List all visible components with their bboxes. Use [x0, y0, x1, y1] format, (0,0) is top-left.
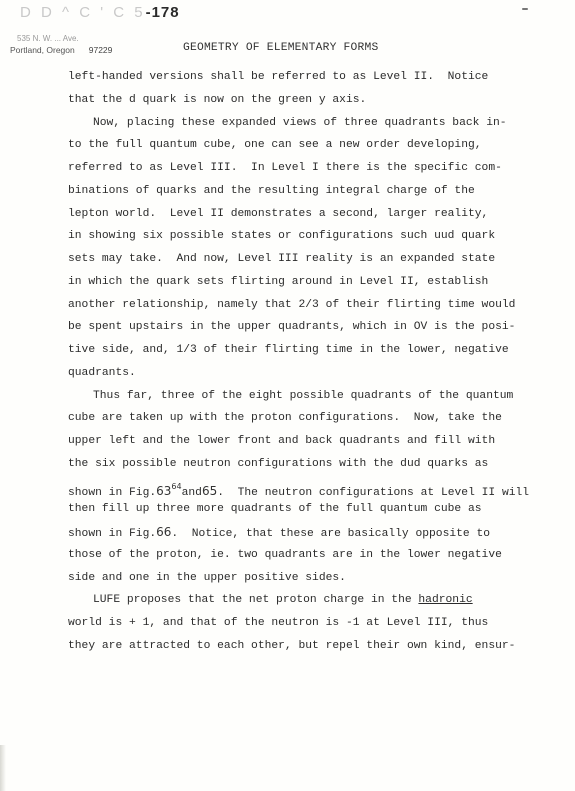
stamp-address-city: Portland, Oregon97229: [10, 45, 112, 55]
fig-ref-66: 66: [156, 525, 171, 539]
body-text: left-handed versions shall be referred t…: [68, 66, 548, 658]
stamp-code-faded: D D ^ C ' C 5: [20, 4, 146, 21]
text-line: in showing six possible states or config…: [68, 225, 548, 248]
text-line: sets may take. And now, Level III realit…: [68, 248, 548, 271]
text-line-lufe: LUFE proposes that the net proton charge…: [68, 589, 548, 612]
line-segment: . Notice, that these are basically oppos…: [171, 528, 490, 540]
fig-ref-64: 64: [171, 482, 181, 491]
handwritten-fig-ref: 6364: [156, 484, 181, 498]
text-line-fig-63-65: shown in Fig.6364and65. The neutron conf…: [68, 476, 548, 499]
stamp-code-number: -178: [146, 4, 180, 21]
stamp-zip: 97229: [89, 45, 113, 55]
paragraph-block-2: then fill up three more quadrants of the…: [68, 498, 548, 521]
paragraph-block-1: left-handed versions shall be referred t…: [68, 66, 548, 476]
text-line: tive side, and, 1/3 of their flirting ti…: [68, 339, 548, 362]
underlined-term: hadronic: [418, 594, 472, 606]
stamp-code: D D ^ C ' C 5-178: [20, 4, 180, 21]
text-line: Thus far, three of the eight possible qu…: [68, 385, 548, 408]
stamp-city: Portland, Oregon: [10, 45, 75, 55]
line-segment: and: [182, 487, 202, 499]
text-line: those of the proton, ie. two quadrants a…: [68, 544, 548, 567]
fig-ref-63: 63: [156, 484, 171, 498]
text-line: another relationship, namely that 2/3 of…: [68, 294, 548, 317]
pen-mark: [522, 8, 528, 10]
paragraph-block-4: world is + 1, and that of the neutron is…: [68, 612, 548, 658]
fig-ref-65: 65: [202, 484, 217, 498]
text-line: Now, placing these expanded views of thr…: [68, 112, 548, 135]
line-segment: shown in Fig.: [68, 487, 156, 499]
line-segment: . The neutron configurations at Level II…: [217, 487, 529, 499]
text-line: upper left and the lower front and back …: [68, 430, 548, 453]
line-segment: shown in Fig.: [68, 528, 156, 540]
text-line-fig-66: shown in Fig.66. Notice, that these are …: [68, 521, 548, 544]
text-line: quadrants.: [68, 362, 548, 385]
text-line: in which the quark sets flirting around …: [68, 271, 548, 294]
text-line: world is + 1, and that of the neutron is…: [68, 612, 548, 635]
text-line: lepton world. Level II demonstrates a se…: [68, 203, 548, 226]
text-line: referred to as Level III. In Level I the…: [68, 157, 548, 180]
text-line: then fill up three more quadrants of the…: [68, 498, 548, 521]
line-segment: LUFE proposes that the net proton charge…: [93, 594, 418, 606]
text-line: be spent upstairs in the upper quadrants…: [68, 316, 548, 339]
text-line: binations of quarks and the resulting in…: [68, 180, 548, 203]
paragraph-block-3: those of the proton, ie. two quadrants a…: [68, 544, 548, 590]
text-line: side and one in the upper positive sides…: [68, 567, 548, 590]
text-line: the six possible neutron configurations …: [68, 453, 548, 476]
document-page: D D ^ C ' C 5-178 535 N. W. ... Ave. Por…: [0, 0, 575, 791]
page-title: GEOMETRY OF ELEMENTARY FORMS: [183, 42, 378, 54]
text-line: that the d quark is now on the green y a…: [68, 89, 548, 112]
scan-edge-shadow: [0, 745, 6, 791]
text-line: left-handed versions shall be referred t…: [68, 66, 548, 89]
text-line: to the full quantum cube, one can see a …: [68, 134, 548, 157]
text-line: cube are taken up with the proton config…: [68, 407, 548, 430]
stamp-address-street: 535 N. W. ... Ave.: [17, 34, 79, 43]
text-line: they are attracted to each other, but re…: [68, 635, 548, 658]
